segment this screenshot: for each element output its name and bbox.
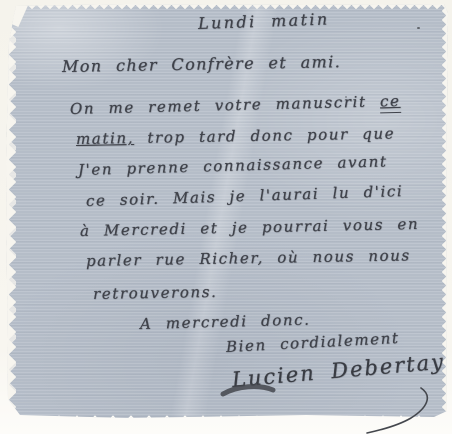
underlined-word-matin: matin,: [76, 129, 134, 148]
body-line-7: retrouverons.: [93, 283, 218, 303]
torn-edge-left-detail: [5, 7, 16, 421]
torn-edge-left: [5, 2, 18, 421]
letter-photo: Lundi matin Mon cher Confrère et ami. On…: [0, 0, 452, 434]
perforated-edge-top: [5, 2, 449, 12]
signature-flourish-icon: [215, 378, 452, 434]
underlined-word-ce: ce: [380, 92, 401, 113]
ink-speck: [417, 27, 420, 29]
torn-corner-top-left: [0, 0, 31, 27]
